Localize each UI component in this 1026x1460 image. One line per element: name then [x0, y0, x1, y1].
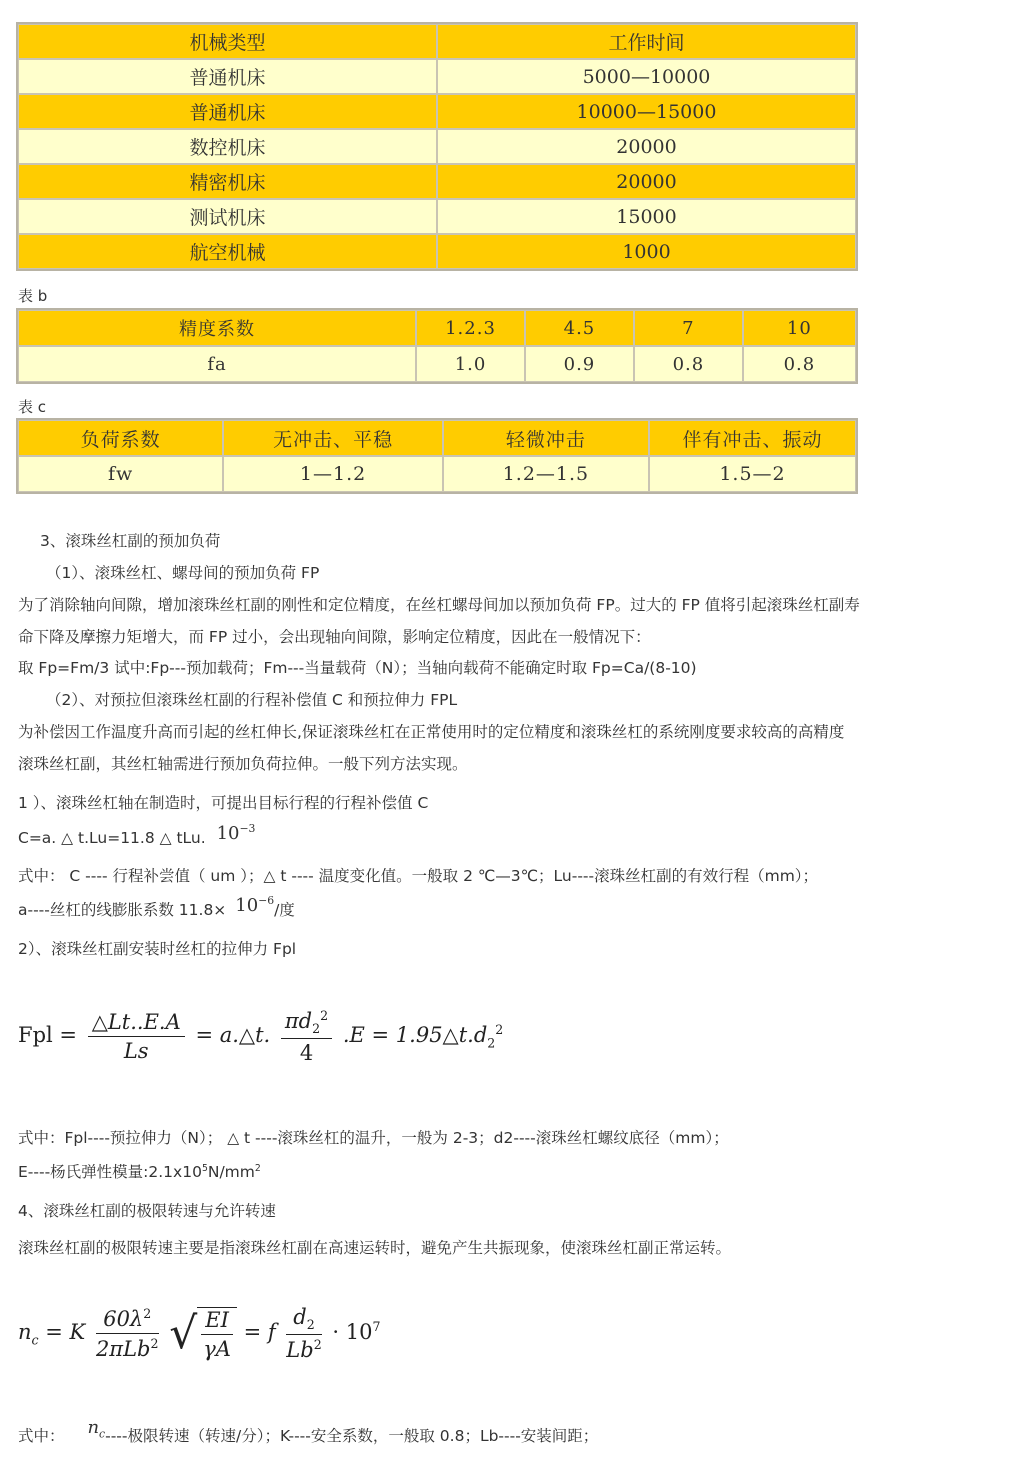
- header-cell: 伴有冲击、振动: [649, 420, 856, 456]
- text: /度: [274, 901, 295, 919]
- exponent: 7: [372, 1319, 380, 1334]
- formula-term: = K: [45, 1320, 85, 1344]
- subscript: 2: [487, 1035, 495, 1050]
- radical-icon: √: [169, 1312, 197, 1356]
- fraction: πd22 4: [281, 1008, 332, 1065]
- table-header-row: 机械类型 工作时间: [18, 24, 856, 59]
- base: 10: [235, 895, 258, 916]
- symbol: n: [87, 1417, 99, 1438]
- numerator: d2: [286, 1305, 321, 1335]
- formula-text: C=a. △ t.Lu=11.8 △ tLu.: [18, 829, 206, 847]
- table-cell: 10000—15000: [437, 94, 856, 129]
- term: 4: [300, 1041, 313, 1065]
- paragraph: 取 Fp=Fm/3 试中:Fp---预加载荷；Fm---当量载荷（N）；当轴向载…: [18, 656, 697, 678]
- formula-c: C=a. △ t.Lu=11.8 △ tLu. 10−3: [18, 826, 255, 848]
- table-row: 普通机床 5000—10000: [18, 59, 856, 94]
- definition: 式中： nc----极限转速（转速/分）；K----安全系数，一般取 0.8；L…: [18, 1424, 598, 1449]
- subsection-2-title: （2）、对预拉但滚珠丝杠副的行程补偿值 C 和预拉伸力 FPL: [46, 688, 457, 710]
- power-of-ten: 10−3: [217, 823, 256, 844]
- table-cell: 精密机床: [18, 164, 437, 199]
- formula-term: = f: [244, 1320, 276, 1344]
- subscript: 2: [312, 1021, 320, 1036]
- table-row: fw 1—1.2 1.2—1.5 1.5—2: [18, 456, 856, 492]
- section-3-title: 3、滚珠丝杠副的预加负荷: [40, 529, 220, 551]
- table-cell: 1—1.2: [223, 456, 443, 492]
- table-cell: 1.0: [416, 346, 525, 382]
- list-item: 2）、滚珠丝杠副安装时丝杠的拉伸力 Fpl: [18, 937, 296, 959]
- table-cell: 普通机床: [18, 94, 437, 129]
- power-of-ten: 10−6: [235, 895, 274, 916]
- table-cell: 20000: [437, 129, 856, 164]
- text: a----丝杠的线膨胀系数 11.8×: [18, 901, 226, 919]
- fraction: 60λ2 2πLb2: [96, 1306, 159, 1361]
- nc-symbol: nc: [87, 1417, 105, 1438]
- term: △Lt..E.A: [92, 1010, 181, 1034]
- header-cell: 精度系数: [18, 310, 416, 346]
- denominator: 4: [281, 1039, 332, 1065]
- formula-lhs: Fpl =: [18, 1023, 77, 1047]
- term: 60λ: [103, 1307, 143, 1331]
- fraction: △Lt..E.A Ls: [88, 1010, 185, 1063]
- section-4-title: 4、滚珠丝杠副的极限转速与允许转速: [18, 1199, 276, 1221]
- denominator: Ls: [88, 1037, 185, 1063]
- header-cell: 机械类型: [18, 24, 437, 59]
- text: E----杨氏弹性模量:2.1x10: [18, 1163, 202, 1181]
- load-factor-table: 负荷系数 无冲击、平稳 轻微冲击 伴有冲击、振动 fw 1—1.2 1.2—1.…: [16, 418, 858, 494]
- table-b-caption: 表 b: [18, 285, 47, 306]
- square-root: √ EI γA: [169, 1307, 237, 1361]
- superscript: 2: [320, 1008, 328, 1023]
- subscript: c: [99, 1428, 105, 1441]
- work-time-table: 机械类型 工作时间 普通机床 5000—10000 普通机床 10000—150…: [16, 22, 858, 271]
- paragraph: 滚珠丝杠副的极限转速主要是指滚珠丝杠副在高速运转时，避免产生共振现象，使滚珠丝杠…: [18, 1236, 731, 1258]
- term: Lb: [286, 1338, 313, 1362]
- denominator: Lb2: [286, 1335, 321, 1362]
- table-row: fa 1.0 0.9 0.8 0.8: [18, 346, 856, 382]
- denominator: 2πLb2: [96, 1334, 159, 1361]
- text: 式中：: [18, 1427, 65, 1445]
- exponent: −6: [258, 894, 274, 907]
- numerator: EI: [201, 1308, 233, 1335]
- header-cell: 7: [634, 310, 743, 346]
- formula-term: = a.△t.: [195, 1023, 270, 1047]
- table-cell: 1.2—1.5: [443, 456, 649, 492]
- fraction: EI γA: [201, 1308, 233, 1361]
- table-cell: 航空机械: [18, 234, 437, 269]
- table-row: 测试机床 15000: [18, 199, 856, 234]
- table-cell: 数控机床: [18, 129, 437, 164]
- numerator: △Lt..E.A: [88, 1010, 185, 1037]
- term: EI: [205, 1308, 229, 1332]
- table-row: 航空机械 1000: [18, 234, 856, 269]
- header-cell: 工作时间: [437, 24, 856, 59]
- definition: E----杨氏弹性模量:2.1x105N/mm2: [18, 1160, 261, 1182]
- paragraph: 为补偿因工作温度升高而引起的丝杠伸长,保证滚珠丝杠在正常使用时的定位精度和滚珠丝…: [18, 720, 844, 742]
- definition: 式中：Fpl----预拉伸力（N）； △ t ----滚珠丝杠的温升，一般为 2…: [18, 1126, 729, 1148]
- nc-formula: nc = K 60λ2 2πLb2 √ EI γA = f d2 Lb2 · 1…: [18, 1305, 380, 1362]
- header-cell: 轻微冲击: [443, 420, 649, 456]
- table-cell: 0.9: [525, 346, 634, 382]
- definition: 式中： C ---- 行程补尝值（ um ）；△ t ---- 温度变化值。一般…: [18, 864, 818, 886]
- formula-term: · 10: [332, 1320, 372, 1344]
- superscript: 2: [495, 1022, 503, 1037]
- exponent: −3: [240, 822, 256, 835]
- fpl-formula: Fpl = △Lt..E.A Ls = a.△t. πd22 4 .E = 1.…: [18, 1008, 503, 1065]
- table-cell: fa: [18, 346, 416, 382]
- text: ----极限转速（转速/分）；K----安全系数，一般取 0.8；Lb----安…: [105, 1427, 598, 1445]
- term: γA: [203, 1337, 231, 1361]
- table-cell: 20000: [437, 164, 856, 199]
- table-cell: 1.5—2: [649, 456, 856, 492]
- term: d: [293, 1305, 306, 1329]
- list-item: 1 ）、滚珠丝杠轴在制造时，可提出目标行程的行程补偿值 C: [18, 791, 428, 813]
- table-c-caption: 表 c: [18, 396, 46, 417]
- table-cell: 0.8: [634, 346, 743, 382]
- table-cell: 1000: [437, 234, 856, 269]
- formula-lhs: n: [18, 1320, 32, 1344]
- table-cell: 15000: [437, 199, 856, 234]
- header-cell: 4.5: [525, 310, 634, 346]
- term: Ls: [124, 1039, 149, 1063]
- table-cell: 普通机床: [18, 59, 437, 94]
- header-cell: 负荷系数: [18, 420, 223, 456]
- definition: a----丝杠的线膨胀系数 11.8× 10−6/度: [18, 898, 295, 920]
- paragraph: 为了消除轴向间隙，增加滚珠丝杠副的刚性和定位精度，在丝杠螺母间加以预加负荷 FP…: [18, 593, 860, 615]
- table-header-row: 精度系数 1.2.3 4.5 7 10: [18, 310, 856, 346]
- term: 2πLb: [96, 1337, 151, 1361]
- table-row: 精密机床 20000: [18, 164, 856, 199]
- table-cell: 0.8: [743, 346, 856, 382]
- header-cell: 1.2.3: [416, 310, 525, 346]
- formula-term: .E = 1.95△t.d: [343, 1023, 487, 1047]
- base: 10: [217, 823, 240, 844]
- paragraph: 滚珠丝杠副，其丝杠轴需进行预加负荷拉伸。一般下列方法实现。: [18, 752, 468, 774]
- term: πd: [285, 1009, 312, 1033]
- table-row: 普通机床 10000—15000: [18, 94, 856, 129]
- denominator: γA: [201, 1335, 233, 1361]
- table-cell: fw: [18, 456, 223, 492]
- paragraph: 命下降及摩擦力矩增大，而 FP 过小，会出现轴向间隙，影响定位精度，因此在一般情…: [18, 625, 651, 647]
- header-cell: 无冲击、平稳: [223, 420, 443, 456]
- table-cell: 测试机床: [18, 199, 437, 234]
- table-row: 数控机床 20000: [18, 129, 856, 164]
- precision-factor-table: 精度系数 1.2.3 4.5 7 10 fa 1.0 0.9 0.8 0.8: [16, 308, 858, 384]
- superscript: 2: [255, 1163, 261, 1174]
- subsection-1-title: （1）、滚珠丝杠、螺母间的预加负荷 FP: [46, 561, 319, 583]
- numerator: πd22: [281, 1008, 332, 1039]
- table-header-row: 负荷系数 无冲击、平稳 轻微冲击 伴有冲击、振动: [18, 420, 856, 456]
- fraction: d2 Lb2: [286, 1305, 321, 1362]
- text: N/mm: [208, 1163, 255, 1181]
- subscript: c: [32, 1332, 39, 1347]
- table-cell: 5000—10000: [437, 59, 856, 94]
- header-cell: 10: [743, 310, 856, 346]
- numerator: 60λ2: [96, 1306, 159, 1334]
